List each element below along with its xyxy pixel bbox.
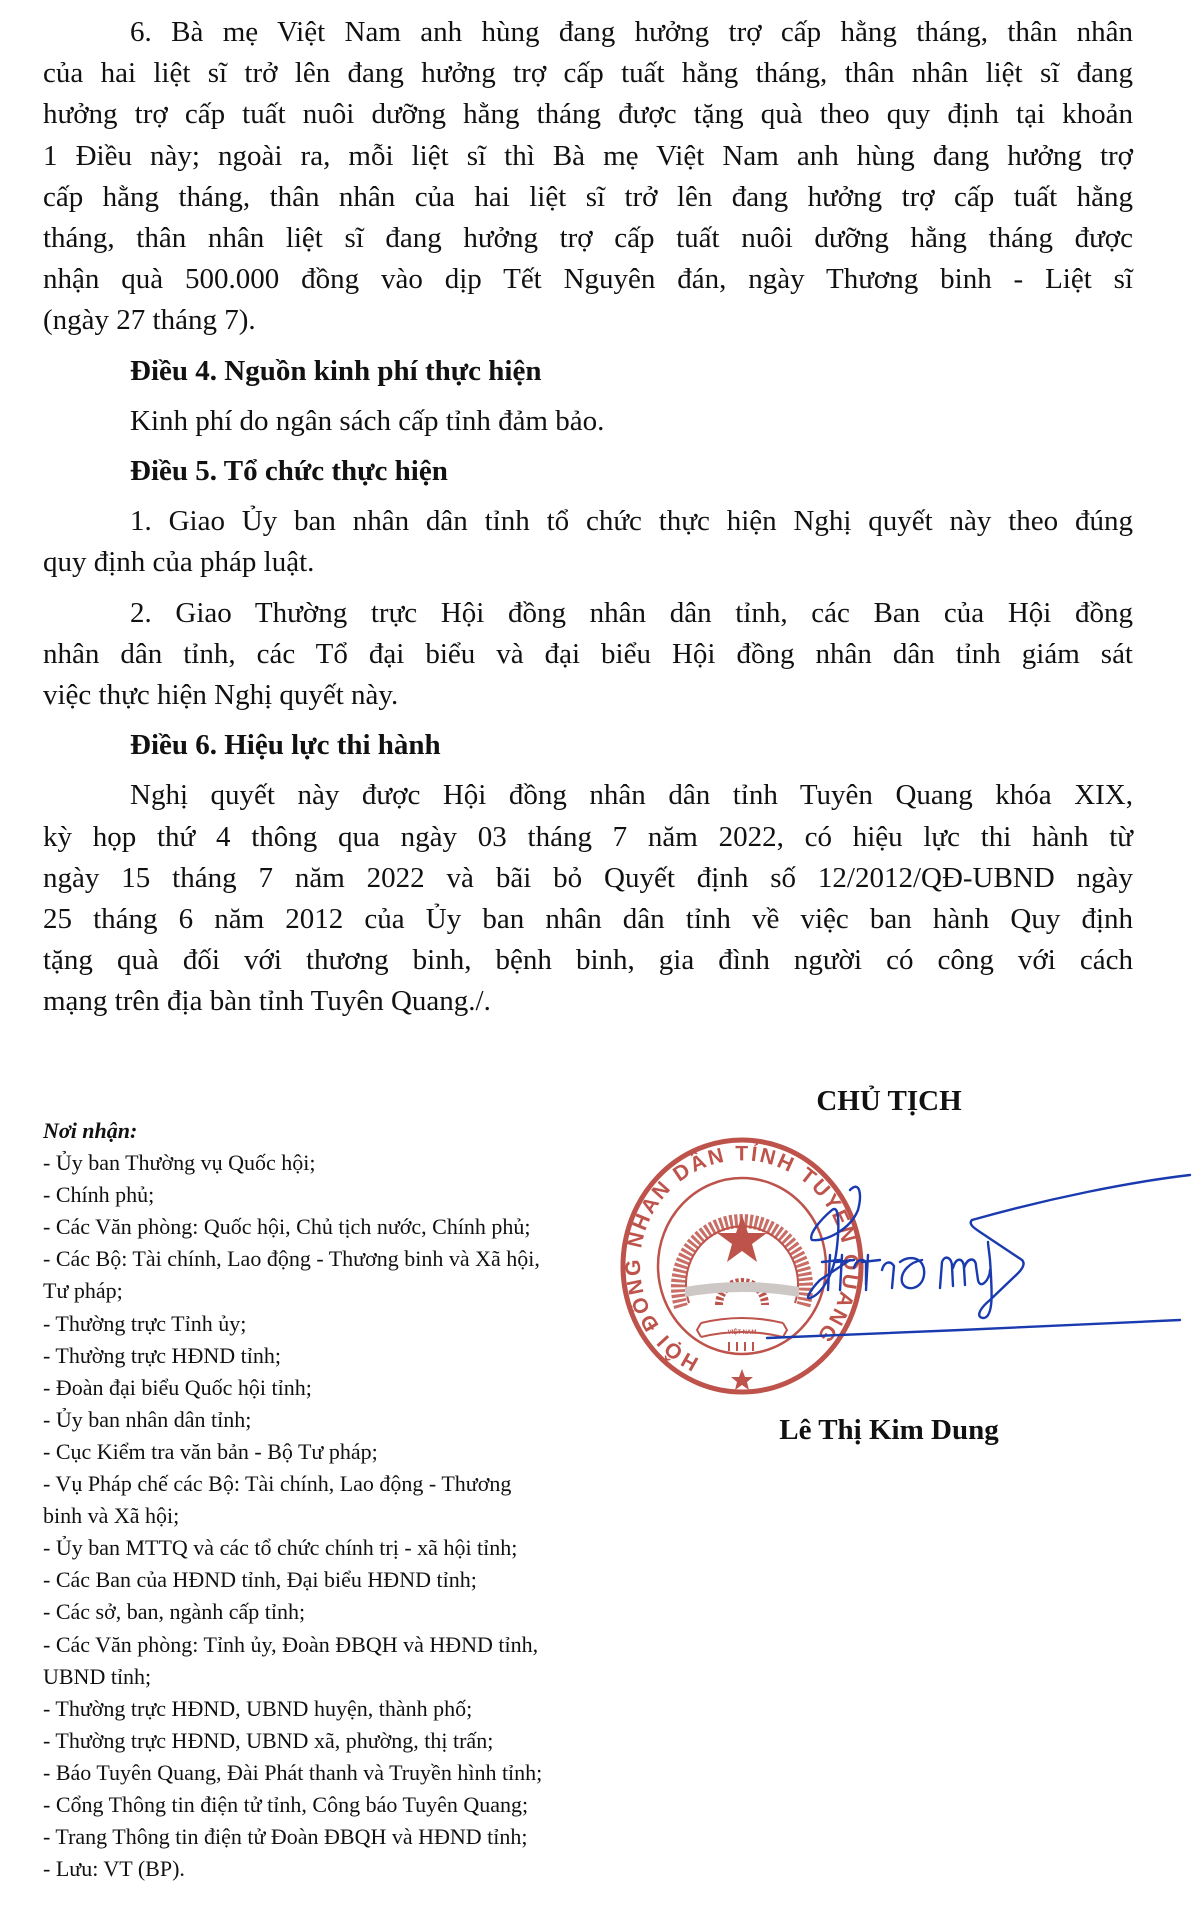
text-line: Nghị quyết này được Hội đồng nhân dân tỉ… <box>43 775 1133 816</box>
recipient-line: Tư pháp; <box>43 1275 542 1307</box>
text-line: 2. Giao Thường trực Hội đồng nhân dân tỉ… <box>43 593 1133 634</box>
text-line: tặng quà đối với thương binh, bệnh binh,… <box>43 940 1133 981</box>
signer-title: CHỦ TỊCH <box>689 1081 1089 1122</box>
recipient-line: - Các Ban của HĐND tỉnh, Đại biểu HĐND t… <box>43 1564 542 1596</box>
recipient-item: - Cục Kiểm tra văn bản - Bộ Tư pháp; <box>43 1436 542 1468</box>
text-line: (ngày 27 tháng 7). <box>43 300 1133 341</box>
recipient-item: - Báo Tuyên Quang, Đài Phát thanh và Tru… <box>43 1757 542 1789</box>
text-line: tháng, thân nhân liệt sĩ đang hưởng trợ … <box>43 218 1133 259</box>
recipient-item: - Thường trực Tỉnh ủy; <box>43 1308 542 1340</box>
recipient-item: - Vụ Pháp chế các Bộ: Tài chính, Lao độn… <box>43 1468 542 1532</box>
recipient-line: - Cổng Thông tin điện tử tỉnh, Công báo … <box>43 1789 542 1821</box>
text-line: Điều 6. Hiệu lực thi hành <box>43 725 1133 766</box>
recipients-title: Nơi nhận: <box>43 1115 542 1147</box>
recipient-line: - Vụ Pháp chế các Bộ: Tài chính, Lao độn… <box>43 1468 542 1500</box>
text-line: nhân dân tỉnh, các Tổ đại biểu và đại bi… <box>43 634 1133 675</box>
recipient-item: - Các Văn phòng: Quốc hội, Chủ tịch nước… <box>43 1211 542 1243</box>
body-paragraph: 6. Bà mẹ Việt Nam anh hùng đang hưởng tr… <box>43 12 1133 342</box>
recipient-line: - Chính phủ; <box>43 1179 542 1211</box>
text-line: nhận quà 500.000 đồng vào dịp Tết Nguyên… <box>43 259 1133 300</box>
recipient-item: - Các Ban của HĐND tỉnh, Đại biểu HĐND t… <box>43 1564 542 1596</box>
recipient-line: - Trang Thông tin điện tử Đoàn ĐBQH và H… <box>43 1821 542 1853</box>
article-heading: Điều 4. Nguồn kinh phí thực hiện <box>43 351 1133 392</box>
recipient-item: - Lưu: VT (BP). <box>43 1853 542 1885</box>
recipient-line: - Lưu: VT (BP). <box>43 1853 542 1885</box>
body-paragraph: Nghị quyết này được Hội đồng nhân dân tỉ… <box>43 775 1133 1022</box>
recipient-line: - Thường trực HĐND tỉnh; <box>43 1340 542 1372</box>
recipient-line: - Các Văn phòng: Quốc hội, Chủ tịch nước… <box>43 1211 542 1243</box>
body-paragraph: 2. Giao Thường trực Hội đồng nhân dân tỉ… <box>43 593 1133 717</box>
recipient-line: - Cục Kiểm tra văn bản - Bộ Tư pháp; <box>43 1436 542 1468</box>
body-paragraph: Kinh phí do ngân sách cấp tỉnh đảm bảo. <box>43 401 1133 442</box>
recipient-item: - Thường trực HĐND tỉnh; <box>43 1340 542 1372</box>
text-line: Kinh phí do ngân sách cấp tỉnh đảm bảo. <box>43 401 1133 442</box>
text-line: 1. Giao Ủy ban nhân dân tỉnh tổ chức thự… <box>43 501 1133 542</box>
recipient-item: - Đoàn đại biểu Quốc hội tỉnh; <box>43 1372 542 1404</box>
recipient-line: - Thường trực HĐND, UBND xã, phường, thị… <box>43 1725 542 1757</box>
article-heading: Điều 6. Hiệu lực thi hành <box>43 725 1133 766</box>
text-line: cấp hằng tháng, thân nhân của hai liệt s… <box>43 177 1133 218</box>
recipient-line: - Báo Tuyên Quang, Đài Phát thanh và Tru… <box>43 1757 542 1789</box>
text-line: 25 tháng 6 năm 2012 của Ủy ban nhân dân … <box>43 899 1133 940</box>
text-line: Điều 4. Nguồn kinh phí thực hiện <box>43 351 1133 392</box>
recipient-item: - Ủy ban MTTQ và các tổ chức chính trị -… <box>43 1532 542 1564</box>
recipient-item: - Thường trực HĐND, UBND huyện, thành ph… <box>43 1693 542 1725</box>
recipient-line: binh và Xã hội; <box>43 1500 542 1532</box>
recipient-line: - Đoàn đại biểu Quốc hội tỉnh; <box>43 1372 542 1404</box>
recipient-line: - Thường trực Tỉnh ủy; <box>43 1308 542 1340</box>
recipient-item: - Các Bộ: Tài chính, Lao động - Thương b… <box>43 1243 542 1307</box>
article-heading: Điều 5. Tổ chức thực hiện <box>43 451 1133 492</box>
document-body: 6. Bà mẹ Việt Nam anh hùng đang hưởng tr… <box>43 12 1133 1023</box>
recipient-line: - Ủy ban Thường vụ Quốc hội; <box>43 1147 542 1179</box>
text-line: quy định của pháp luật. <box>43 542 1133 583</box>
recipients-list: Nơi nhận: - Ủy ban Thường vụ Quốc hội;- … <box>43 1115 542 1885</box>
text-line: mạng trên địa bàn tỉnh Tuyên Quang./. <box>43 981 1133 1022</box>
text-line: kỳ họp thứ 4 thông qua ngày 03 tháng 7 n… <box>43 817 1133 858</box>
recipient-item: - Các Văn phòng: Tỉnh ủy, Đoàn ĐBQH và H… <box>43 1629 542 1693</box>
body-paragraph: 1. Giao Ủy ban nhân dân tỉnh tổ chức thự… <box>43 501 1133 583</box>
text-line: Điều 5. Tổ chức thực hiện <box>43 451 1133 492</box>
recipient-item: - Trang Thông tin điện tử Đoàn ĐBQH và H… <box>43 1821 542 1853</box>
recipient-item: - Thường trực HĐND, UBND xã, phường, thị… <box>43 1725 542 1757</box>
text-line: việc thực hiện Nghị quyết này. <box>43 675 1133 716</box>
text-line: ngày 15 tháng 7 năm 2022 và bãi bỏ Quyết… <box>43 858 1133 899</box>
signer-name: Lê Thị Kim Dung <box>689 1410 1089 1451</box>
recipient-line: UBND tỉnh; <box>43 1661 542 1693</box>
text-line: 6. Bà mẹ Việt Nam anh hùng đang hưởng tr… <box>43 12 1133 53</box>
recipient-line: - Ủy ban MTTQ và các tổ chức chính trị -… <box>43 1532 542 1564</box>
recipient-line: - Các Bộ: Tài chính, Lao động - Thương b… <box>43 1243 542 1275</box>
recipient-line: - Ủy ban nhân dân tỉnh; <box>43 1404 542 1436</box>
handwritten-signature-icon <box>750 1150 1200 1390</box>
recipient-item: - Cổng Thông tin điện tử tỉnh, Công báo … <box>43 1789 542 1821</box>
recipient-item: - Các sở, ban, ngành cấp tỉnh; <box>43 1596 542 1628</box>
recipient-item: - Ủy ban Thường vụ Quốc hội; <box>43 1147 542 1179</box>
recipient-line: - Thường trực HĐND, UBND huyện, thành ph… <box>43 1693 542 1725</box>
text-line: 1 Điều này; ngoài ra, mỗi liệt sĩ thì Bà… <box>43 136 1133 177</box>
text-line: của hai liệt sĩ trở lên đang hưởng trợ c… <box>43 53 1133 94</box>
recipient-line: - Các Văn phòng: Tỉnh ủy, Đoàn ĐBQH và H… <box>43 1629 542 1661</box>
text-line: hưởng trợ cấp tuất nuôi dưỡng hằng tháng… <box>43 94 1133 135</box>
recipient-item: - Chính phủ; <box>43 1179 542 1211</box>
recipient-line: - Các sở, ban, ngành cấp tỉnh; <box>43 1596 542 1628</box>
recipient-item: - Ủy ban nhân dân tỉnh; <box>43 1404 542 1436</box>
